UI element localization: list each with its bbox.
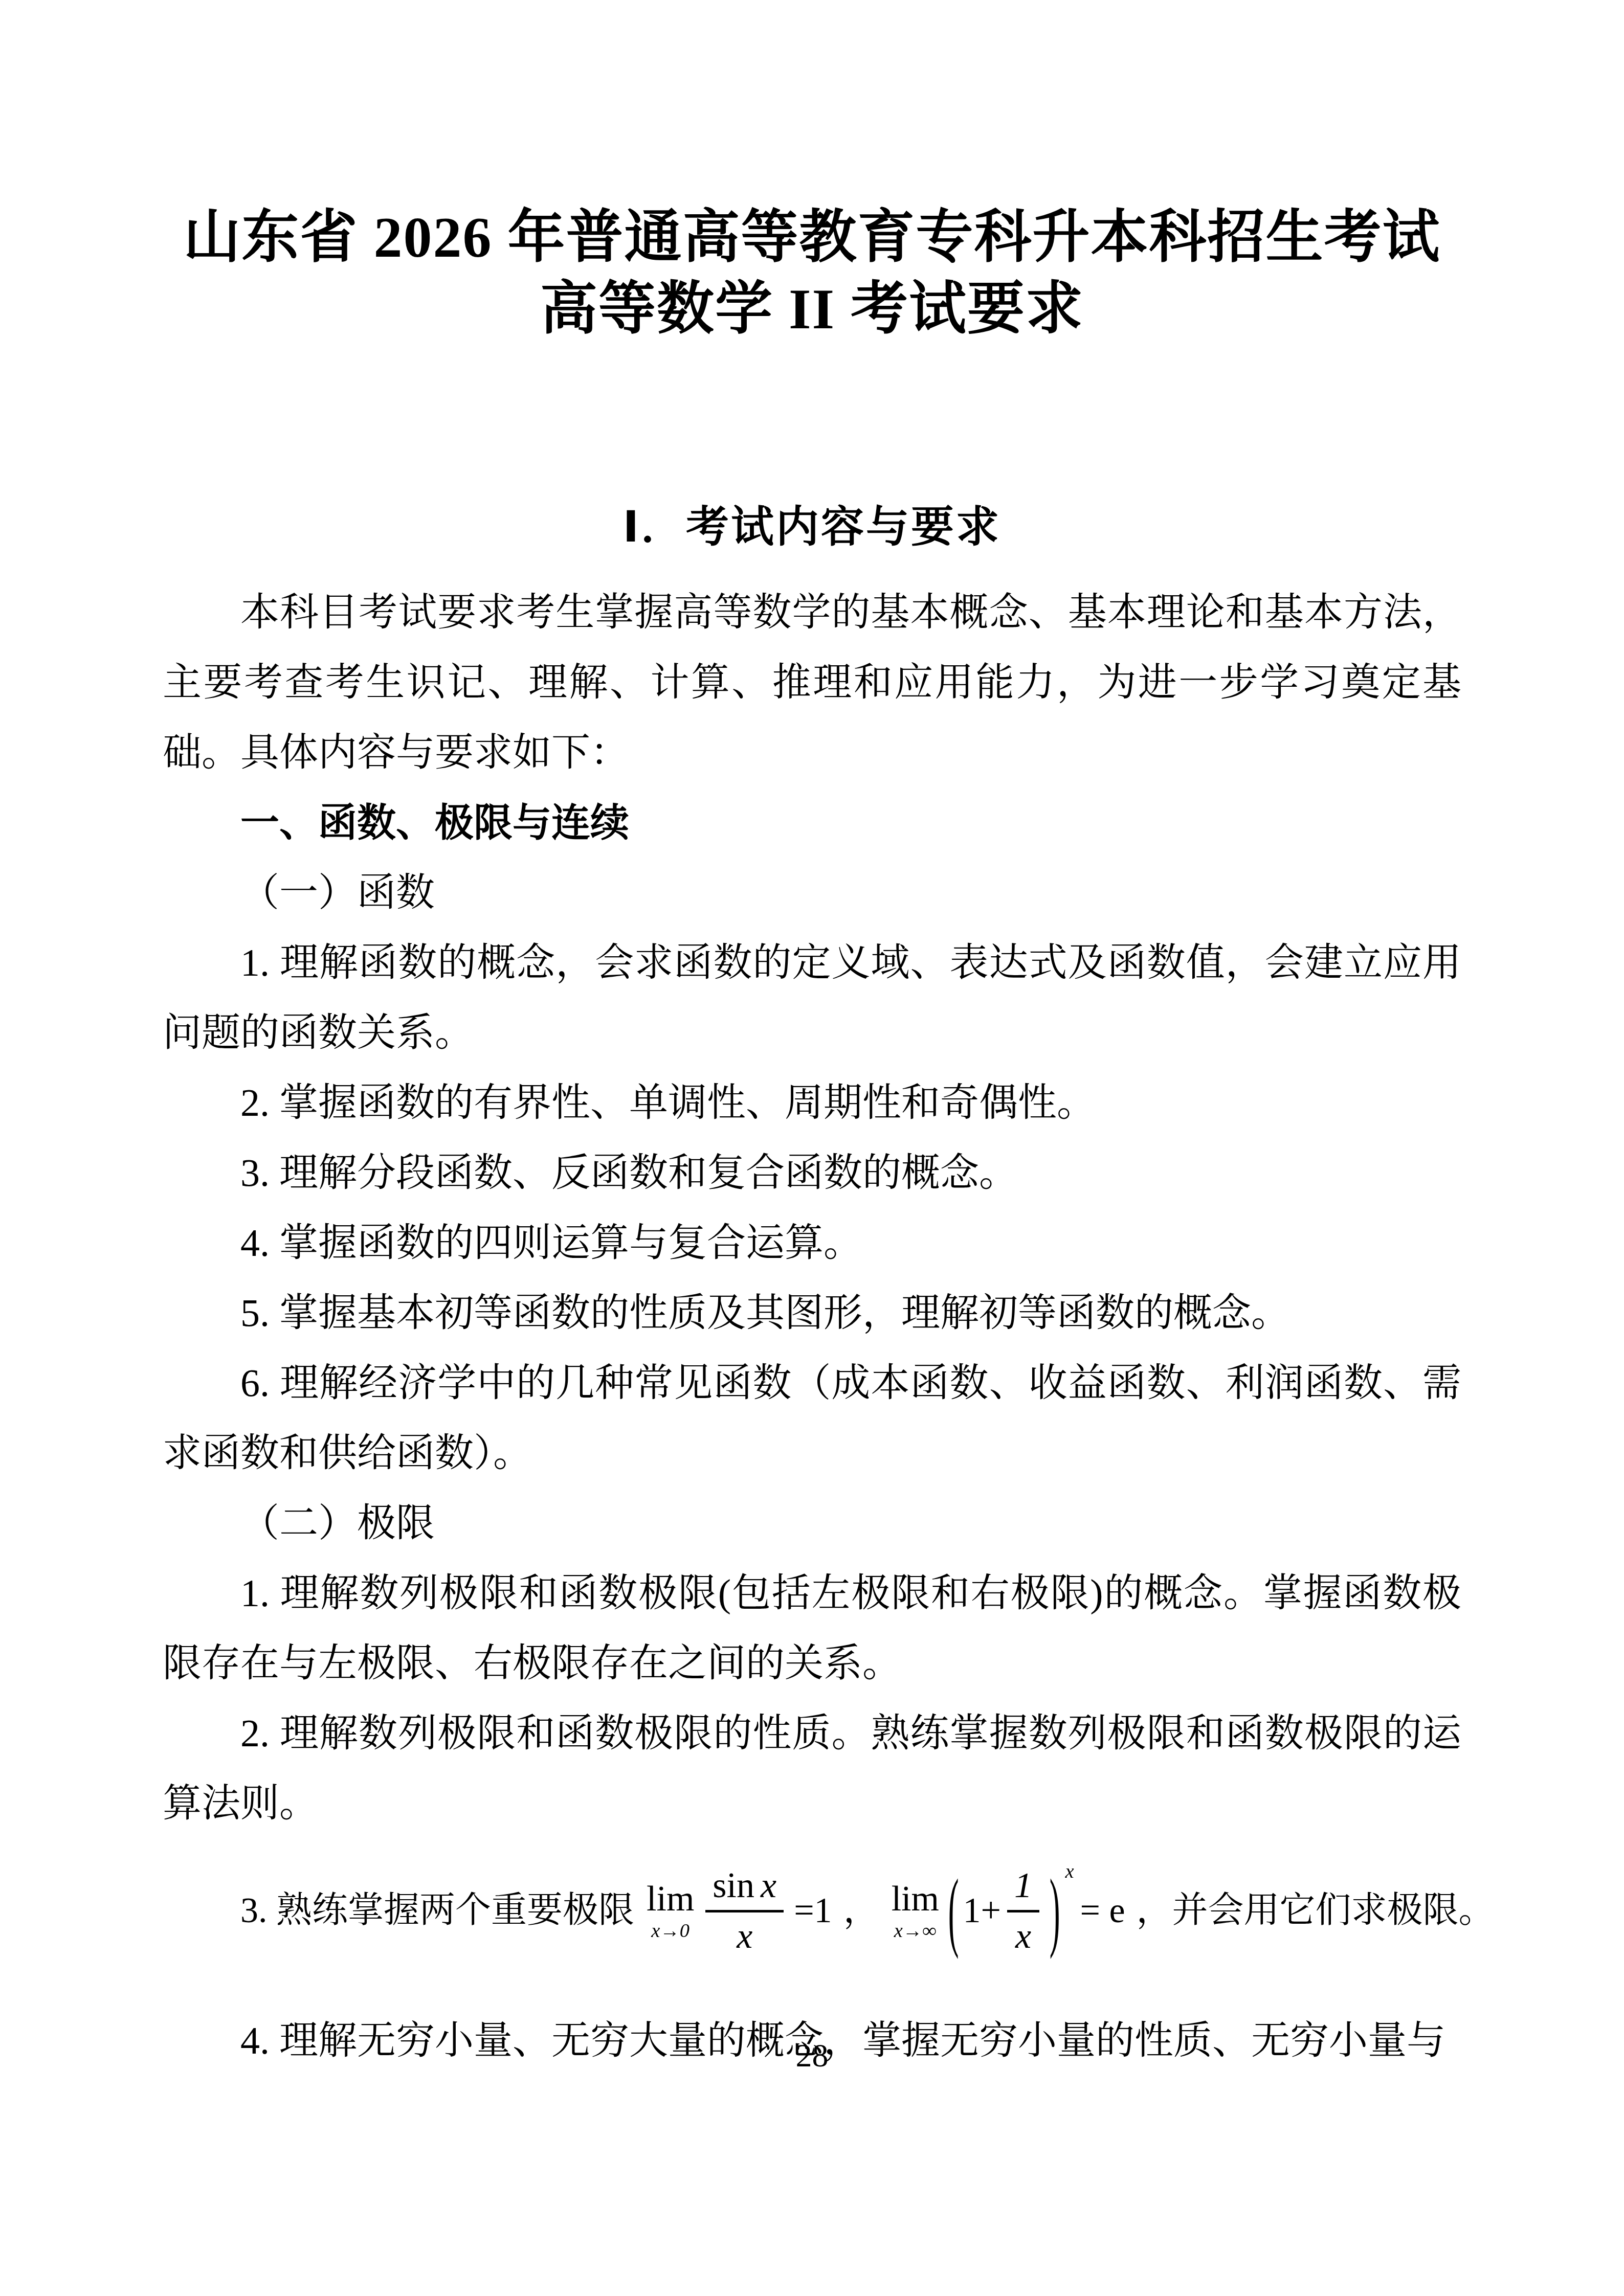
exponent-x: x — [1065, 1862, 1074, 1882]
lim-subscript: x→∞ — [894, 1921, 937, 1941]
sub1-item-3: 3. 理解分段函数、反函数和复合函数的概念。 — [163, 1138, 1461, 1208]
numerator-one: 1 — [1007, 1867, 1039, 1912]
subsection-1-heading: （一）函数 — [163, 858, 1461, 928]
subsection-2-heading: （二）极限 — [163, 1489, 1461, 1559]
formula-prefix-text: 3. 熟练掌握两个重要极限 — [240, 1893, 634, 1929]
sub2-item-3: 3. 熟练掌握两个重要极限 lim x→0 sinx x =1 ， lim x→… — [163, 1839, 1461, 1983]
lim-operator-1: lim x→0 — [647, 1881, 694, 1941]
limit-formula-2: lim x→∞ ( 1+ 1 x ) x = e — [886, 1867, 1129, 1955]
limit-formula-1: lim x→0 sinx x =1 — [641, 1867, 836, 1955]
sub2-item-2: 2. 理解数列极限和函数极限的性质。熟练掌握数列极限和函数极限的运算法则。 — [163, 1699, 1461, 1839]
sin-function-name: sin — [713, 1867, 754, 1905]
lim-operator-2: lim x→∞ — [892, 1881, 939, 1941]
formula-suffix-text: ，并会用它们求极限。 — [1137, 1893, 1495, 1929]
title-line-1: 山东省 2026 年普通高等教育专科升本科招生考试 — [163, 202, 1461, 274]
sub1-item-1: 1. 理解函数的概念，会求函数的定义域、表达式及函数值，会建立应用问题的函数关系… — [163, 928, 1461, 1068]
sub1-item-4: 4. 掌握函数的四则运算与复合运算。 — [163, 1208, 1461, 1278]
equals-one: =1 — [794, 1893, 832, 1929]
intro-paragraph: 本科目考试要求考生掌握高等数学的基本概念、基本理论和基本方法，主要考查考生识记、… — [163, 578, 1461, 788]
document-title: 山东省 2026 年普通高等教育专科升本科招生考试 高等数学 II 考试要求 — [163, 202, 1461, 345]
denominator-variable: x — [1015, 1912, 1031, 1955]
formula-comma: ， — [843, 1893, 879, 1929]
close-paren: ) — [1050, 1867, 1060, 1955]
page-number: 28 — [0, 2038, 1624, 2074]
section-heading: Ⅰ．考试内容与要求 — [163, 499, 1461, 555]
lim-subscript: x→0 — [651, 1921, 689, 1941]
sub1-item-6: 6. 理解经济学中的几种常见函数（成本函数、收益函数、利润函数、需求函数和供给函… — [163, 1348, 1461, 1489]
chapter-1-heading: 一、函数、极限与连续 — [163, 788, 1461, 858]
sub1-item-5: 5. 掌握基本初等函数的性质及其图形，理解初等函数的概念。 — [163, 1278, 1461, 1348]
lim-word: lim — [647, 1881, 694, 1917]
numerator-variable: x — [761, 1867, 776, 1905]
open-paren: ( — [948, 1867, 959, 1955]
one-plus-text: 1+ — [963, 1893, 1000, 1929]
document-page: 山东省 2026 年普通高等教育专科升本科招生考试 高等数学 II 考试要求 Ⅰ… — [0, 0, 1624, 2296]
sub2-item-1: 1. 理解数列极限和函数极限(包括左极限和右极限)的概念。掌握函数极限存在与左极… — [163, 1559, 1461, 1699]
equals-e: = e — [1080, 1893, 1125, 1929]
fraction-one-over-x: 1 x — [1007, 1867, 1039, 1955]
title-line-2: 高等数学 II 考试要求 — [163, 274, 1461, 345]
fraction-sinx-over-x: sinx x — [705, 1867, 784, 1955]
lim-word: lim — [892, 1881, 939, 1917]
sub1-item-2: 2. 掌握函数的有界性、单调性、周期性和奇偶性。 — [163, 1068, 1461, 1138]
denominator-variable: x — [737, 1912, 752, 1955]
